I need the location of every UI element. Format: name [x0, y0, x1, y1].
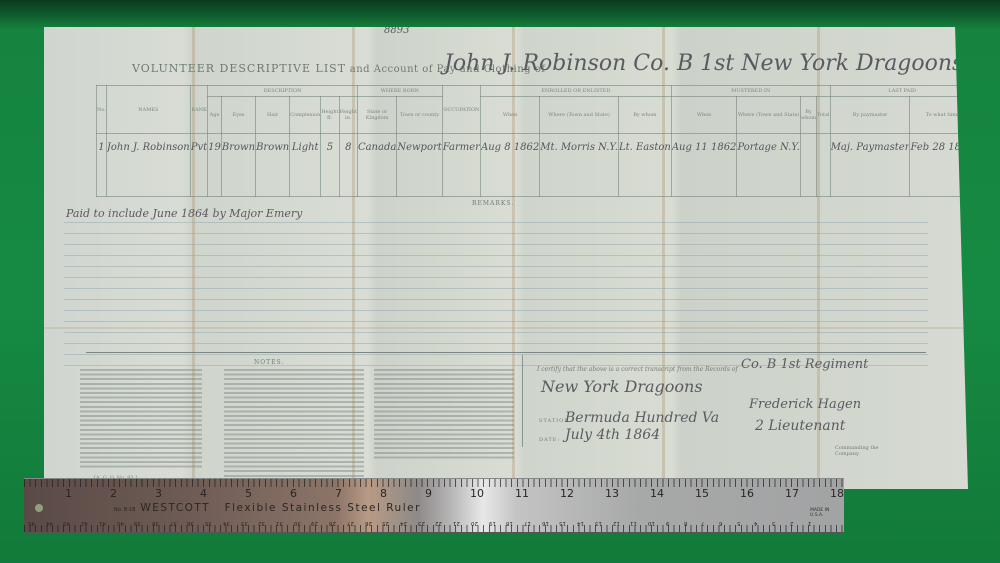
column-header-row: Age Eyes Hair Complexion Height ft. Heig…: [97, 97, 1000, 134]
col-header: OCCUPATION: [442, 86, 480, 134]
date-value: July 4th 1864: [565, 427, 660, 443]
cm-mark: 11: [630, 520, 637, 526]
col-header: RANK: [190, 86, 207, 134]
inch-mark: 11: [515, 487, 529, 500]
cell-age: 19: [208, 134, 222, 197]
inch-mark: 18: [830, 487, 844, 500]
col-header: By whom: [618, 97, 671, 134]
cm-mark: 22: [435, 520, 442, 526]
group-header: BOUNTY: [974, 86, 1000, 97]
cm-mark: 5: [737, 520, 741, 526]
cm-mark: 32: [258, 520, 265, 526]
cell-enlisted-when: Aug 8 1862: [480, 134, 539, 197]
ruler-description: Flexible Stainless Steel Ruler: [225, 502, 421, 514]
certificate-company: Co. B 1st Regiment: [741, 357, 868, 372]
cm-mark: 13: [595, 520, 602, 526]
descriptive-list-table: No. NAMES RANK DESCRIPTION WHERE BORN OC…: [96, 85, 1000, 197]
col-header: Complexion: [290, 97, 321, 134]
cell-mustered-when: Aug 11 1862: [671, 134, 737, 197]
cm-mark: 40: [117, 520, 124, 526]
cell-mustered-by: [800, 134, 816, 197]
title-printed: VOLUNTEER DESCRIPTIVE LIST: [132, 62, 346, 75]
cm-mark: 31: [276, 520, 283, 526]
cell-born-town: Newport: [397, 134, 442, 197]
inch-mark: 14: [650, 487, 664, 500]
certificate-regiment: New York Dragoons: [541, 377, 703, 396]
cm-mark: 34: [223, 520, 230, 526]
cm-mark: 28: [329, 520, 336, 526]
cm-mark: 42: [81, 520, 88, 526]
cell-total: [817, 134, 831, 197]
ruler-model: No. B-18: [114, 507, 136, 513]
group-header: MUSTERED IN: [671, 86, 830, 97]
cm-mark: 17: [524, 520, 531, 526]
cell-enlisted-by: Lt. Easton: [618, 134, 671, 197]
inch-mark: 5: [245, 487, 252, 500]
cm-mark: 10: [648, 520, 655, 526]
cm-mark: 45: [28, 520, 35, 526]
cm-mark: 38: [152, 520, 159, 526]
cell-eyes: Brown: [221, 134, 255, 197]
col-header: By paymaster: [830, 97, 910, 134]
inch-mark: 10: [470, 487, 484, 500]
cm-mark: 27: [347, 520, 354, 526]
cm-mark: 9: [666, 520, 670, 526]
cell-height-ft: 5: [321, 134, 339, 197]
notes-column: [80, 369, 202, 469]
cm-ticks: [24, 525, 844, 532]
cm-mark: 44: [46, 520, 53, 526]
col-header: Height ft.: [321, 97, 339, 134]
cm-mark: 43: [63, 520, 70, 526]
remark-handwritten: Paid to include June 1864 by Major Emery: [66, 207, 302, 220]
cm-mark: 39: [134, 520, 141, 526]
col-header: Height in.: [339, 97, 357, 134]
cell-mustered-where: Portage N.Y.: [737, 134, 800, 197]
signer-rank: 2 Lieutenant: [755, 418, 845, 434]
cm-mark: 41: [99, 520, 106, 526]
cell-paid-to: Feb 28 1864: [910, 134, 974, 197]
cell-paid-by: Maj. Paymaster: [830, 134, 910, 197]
col-header: State or Kingdom: [357, 97, 396, 134]
cm-mark: 35: [205, 520, 212, 526]
cm-mark: 20: [471, 520, 478, 526]
inch-mark: 9: [425, 487, 432, 500]
cell-occupation: Farmer: [442, 134, 480, 197]
certificate-block: I certify that the above is a correct tr…: [522, 355, 903, 447]
cell-rank: Pvt: [190, 134, 207, 197]
notes-heading: NOTES.: [254, 359, 284, 366]
cell-bounty-due: 75: [988, 134, 1000, 197]
signature: Frederick Hagen: [749, 397, 861, 412]
col-header: Total: [817, 97, 831, 134]
descriptive-list-document: 8893 VOLUNTEER DESCRIPTIVE LIST and Acco…: [44, 27, 968, 489]
notes-column: [224, 369, 364, 477]
cm-mark: 23: [418, 520, 425, 526]
station-value: Bermuda Hundred Va: [565, 410, 719, 426]
col-header: Due $: [988, 97, 1000, 134]
cell-hair: Brown: [256, 134, 290, 197]
cm-mark: 2: [790, 520, 794, 526]
col-header: Where (Town and State): [540, 97, 619, 134]
date-label: DATE:: [539, 437, 560, 443]
inch-mark: 12: [560, 487, 574, 500]
col-header: Paid $: [974, 97, 988, 134]
group-header: ENROLLED OR ENLISTED: [480, 86, 671, 97]
col-header: Eyes: [221, 97, 255, 134]
divider: [86, 352, 926, 353]
ruler-brand-name: WESTCOTT: [140, 502, 210, 514]
cell-name: John J. Robinson: [106, 134, 190, 197]
certificate-printed: I certify that the above is a correct tr…: [537, 366, 738, 373]
col-header: Age: [208, 97, 222, 134]
inch-ticks: [24, 479, 844, 487]
cell-complexion: Light: [290, 134, 321, 197]
cm-mark: 7: [701, 520, 705, 526]
col-header: Where (Town and State): [737, 97, 800, 134]
table-row: 1 John J. Robinson Pvt 19 Brown Brown Li…: [97, 134, 1000, 197]
col-header: Hair: [256, 97, 290, 134]
cm-mark: 16: [542, 520, 549, 526]
cm-mark: 4: [754, 520, 758, 526]
cm-mark: 26: [365, 520, 372, 526]
inch-mark: 8: [380, 487, 387, 500]
inch-mark: 15: [695, 487, 709, 500]
document-number: 8893: [384, 25, 409, 36]
cell-height-in: 8: [339, 134, 357, 197]
cm-mark: 33: [241, 520, 248, 526]
cm-mark: 30: [294, 520, 301, 526]
ruler-hang-hole: [35, 504, 43, 512]
made-in-label: MADE IN U.S.A.: [810, 508, 844, 518]
cm-mark: 8: [684, 520, 688, 526]
cm-mark: 24: [400, 520, 407, 526]
cm-mark: 14: [577, 520, 584, 526]
cell-bounty-paid: 25: [974, 134, 988, 197]
steel-ruler: 123456789101112131415161718 No. B-18 WES…: [24, 478, 844, 533]
inch-mark: 2: [110, 487, 117, 500]
cm-mark: 19: [489, 520, 496, 526]
cm-mark: 37: [170, 520, 177, 526]
cm-mark: 1: [808, 520, 812, 526]
group-header: LAST PAID: [830, 86, 974, 97]
col-header: By whom: [800, 97, 816, 134]
ruler-brand: No. B-18 WESTCOTT Flexible Stainless Ste…: [114, 502, 421, 514]
cm-mark: 6: [719, 520, 723, 526]
cm-mark: 12: [613, 520, 620, 526]
col-header: Town or county: [397, 97, 442, 134]
inch-mark: 3: [155, 487, 162, 500]
cm-mark: 3: [772, 520, 776, 526]
cm-mark: 21: [453, 520, 460, 526]
group-header-row: No. NAMES RANK DESCRIPTION WHERE BORN OC…: [97, 86, 1000, 97]
remarks-heading: REMARKS.: [472, 200, 514, 207]
cm-mark: 29: [311, 520, 318, 526]
inch-mark: 13: [605, 487, 619, 500]
col-header: To what time: [910, 97, 974, 134]
cm-mark: 15: [559, 520, 566, 526]
cm-mark: 25: [382, 520, 389, 526]
remarks-ruled-area: [64, 212, 928, 367]
inch-mark: 1: [65, 487, 72, 500]
group-header: WHERE BORN: [357, 86, 442, 97]
inch-mark: 6: [290, 487, 297, 500]
col-header: No.: [97, 86, 107, 134]
cell-no: 1: [97, 134, 107, 197]
cell-born-state: Canada: [357, 134, 396, 197]
notes-column: [374, 369, 514, 461]
group-header: DESCRIPTION: [208, 86, 358, 97]
inch-mark: 7: [335, 487, 342, 500]
cm-mark: 18: [506, 520, 513, 526]
col-header: NAMES: [106, 86, 190, 134]
cell-enlisted-where: Mt. Morris N.Y.: [540, 134, 619, 197]
col-header: When: [480, 97, 539, 134]
cm-mark: 36: [187, 520, 194, 526]
inch-mark: 17: [785, 487, 799, 500]
inch-mark: 16: [740, 487, 754, 500]
col-header: When: [671, 97, 737, 134]
title-handwritten-name: John J. Robinson Co. B 1st New York Drag…: [444, 51, 963, 76]
commanding-label: Commanding the Company.: [835, 445, 903, 457]
inch-mark: 4: [200, 487, 207, 500]
